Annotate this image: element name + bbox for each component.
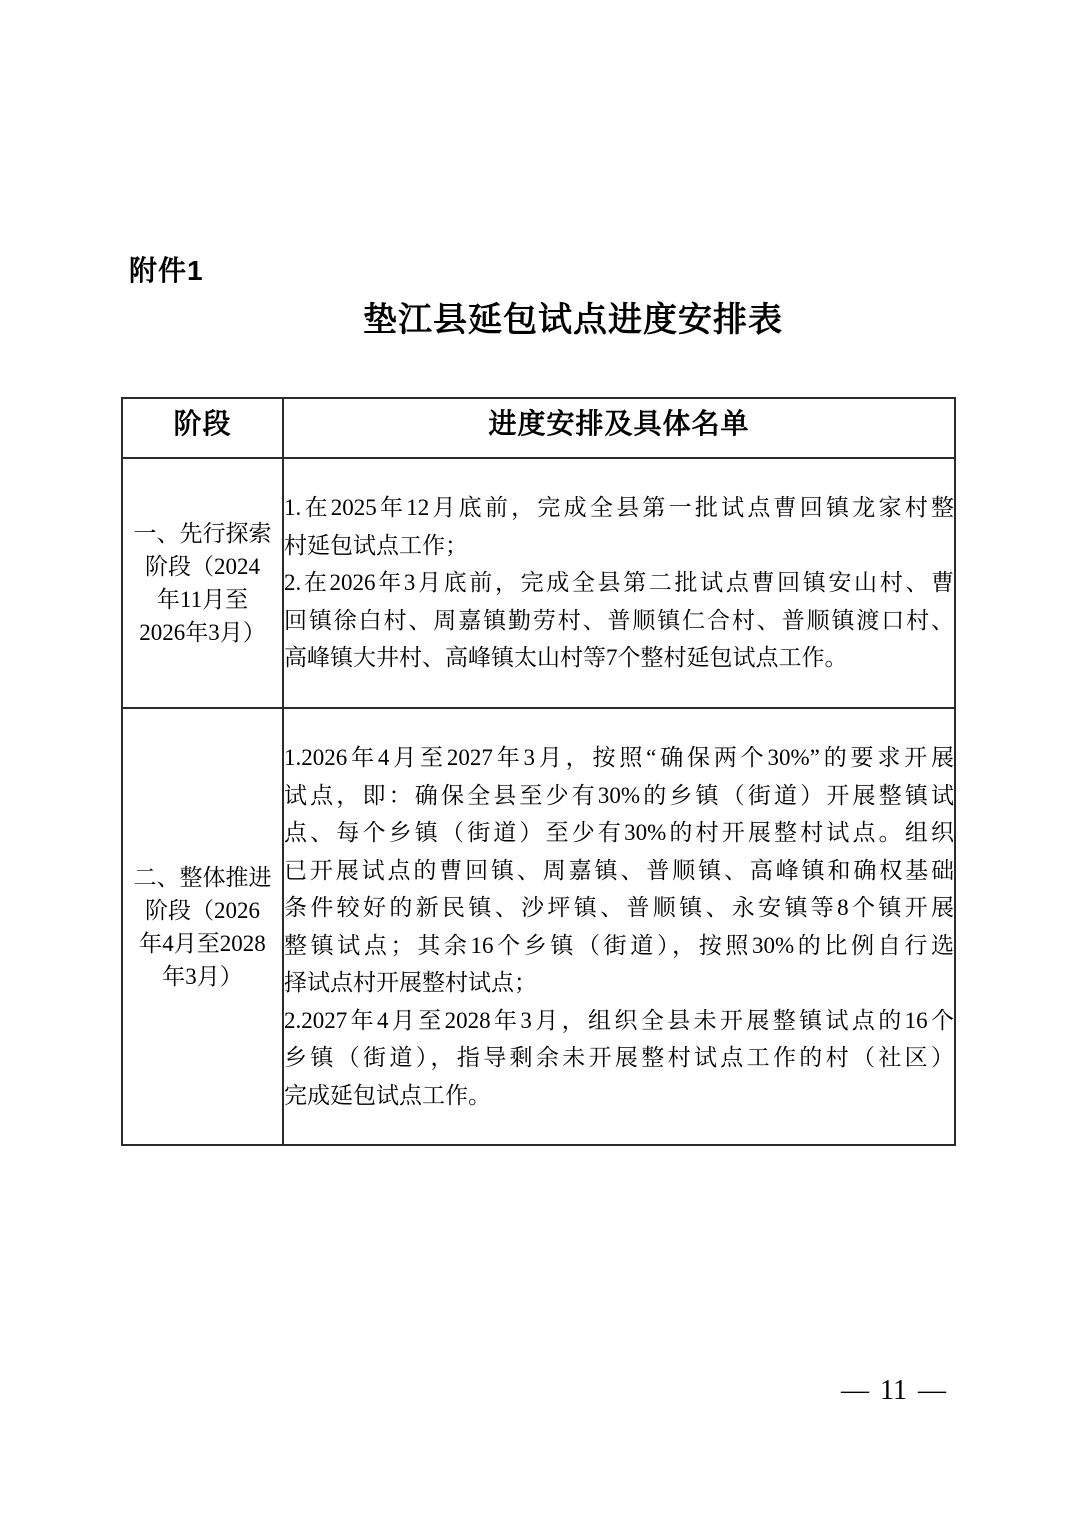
stage-cell: 一、先行探索阶段（2024年11月至2026年3月）	[122, 458, 283, 708]
page-title: 垫江县延包试点进度安排表	[0, 292, 1074, 341]
stage-line: 年3月）	[123, 960, 282, 993]
column-header-stage: 阶段	[122, 398, 283, 458]
text-line: 整镇试点；其余16个乡镇（街道），按照30%的比例自行选	[284, 927, 954, 965]
text-line: 1.2026年4月至2027年3月，按照“确保两个30%”的要求开展	[284, 739, 954, 777]
stage-line: 2026年3月）	[123, 616, 282, 649]
text-line: 1.在2025年12月底前，完成全县第一批试点曹回镇龙家村整	[284, 489, 954, 527]
header-row: 阶段 进度安排及具体名单	[122, 398, 955, 458]
schedule-paragraph: 2.在2026年3月底前，完成全县第二批试点曹回镇安山村、曹回镇徐白村、周嘉镇勤…	[284, 564, 954, 677]
text-line: 高峰镇大井村、高峰镇太山村等7个整村延包试点工作。	[284, 639, 954, 677]
text-line: 完成延包试点工作。	[284, 1077, 954, 1115]
page-number: — 11 —	[841, 1375, 946, 1407]
document-page: 附件1 垫江县延包试点进度安排表 阶段 进度安排及具体名单 一、先行探索阶段（2…	[0, 0, 1074, 1520]
table-row: 一、先行探索阶段（2024年11月至2026年3月）1.在2025年12月底前，…	[122, 458, 955, 708]
stage-line: 阶段（2024	[123, 550, 282, 583]
schedule-table: 阶段 进度安排及具体名单 一、先行探索阶段（2024年11月至2026年3月）1…	[121, 397, 956, 1146]
schedule-paragraph: 2.2027年4月至2028年3月，组织全县未开展整镇试点的16个乡镇（街道），…	[284, 1002, 954, 1115]
stage-line: 二、整体推进	[123, 861, 282, 894]
table-header: 阶段 进度安排及具体名单	[122, 398, 955, 458]
text-line: 已开展试点的曹回镇、周嘉镇、普顺镇、高峰镇和确权基础	[284, 852, 954, 890]
stage-line: 年4月至2028	[123, 927, 282, 960]
text-line: 条件较好的新民镇、沙坪镇、普顺镇、永安镇等8个镇开展	[284, 889, 954, 927]
text-line: 2.在2026年3月底前，完成全县第二批试点曹回镇安山村、曹	[284, 564, 954, 602]
text-line: 试点，即：确保全县至少有30%的乡镇（街道）开展整镇试	[284, 777, 954, 815]
text-line: 村延包试点工作；	[284, 527, 954, 565]
schedule-detail-cell: 1.在2025年12月底前，完成全县第一批试点曹回镇龙家村整村延包试点工作；2.…	[283, 458, 955, 708]
text-line: 点、每个乡镇（街道）至少有30%的村开展整村试点。组织	[284, 814, 954, 852]
stage-cell: 二、整体推进阶段（2026年4月至2028年3月）	[122, 708, 283, 1145]
text-line: 乡镇（街道），指导剩余未开展整村试点工作的村（社区）	[284, 1039, 954, 1077]
schedule-paragraph: 1.2026年4月至2027年3月，按照“确保两个30%”的要求开展试点，即：确…	[284, 739, 954, 1002]
schedule-paragraph: 1.在2025年12月底前，完成全县第一批试点曹回镇龙家村整村延包试点工作；	[284, 489, 954, 564]
column-header-schedule: 进度安排及具体名单	[283, 398, 955, 458]
text-line: 择试点村开展整村试点；	[284, 964, 954, 1002]
table-row: 二、整体推进阶段（2026年4月至2028年3月）1.2026年4月至2027年…	[122, 708, 955, 1145]
text-line: 回镇徐白村、周嘉镇勤劳村、普顺镇仁合村、普顺镇渡口村、	[284, 602, 954, 640]
table-body: 一、先行探索阶段（2024年11月至2026年3月）1.在2025年12月底前，…	[122, 458, 955, 1145]
text-line: 2.2027年4月至2028年3月，组织全县未开展整镇试点的16个	[284, 1002, 954, 1040]
stage-line: 阶段（2026	[123, 894, 282, 927]
stage-line: 年11月至	[123, 583, 282, 616]
stage-line: 一、先行探索	[123, 517, 282, 550]
schedule-detail-cell: 1.2026年4月至2027年3月，按照“确保两个30%”的要求开展试点，即：确…	[283, 708, 955, 1145]
attachment-label: 附件1	[129, 249, 204, 289]
